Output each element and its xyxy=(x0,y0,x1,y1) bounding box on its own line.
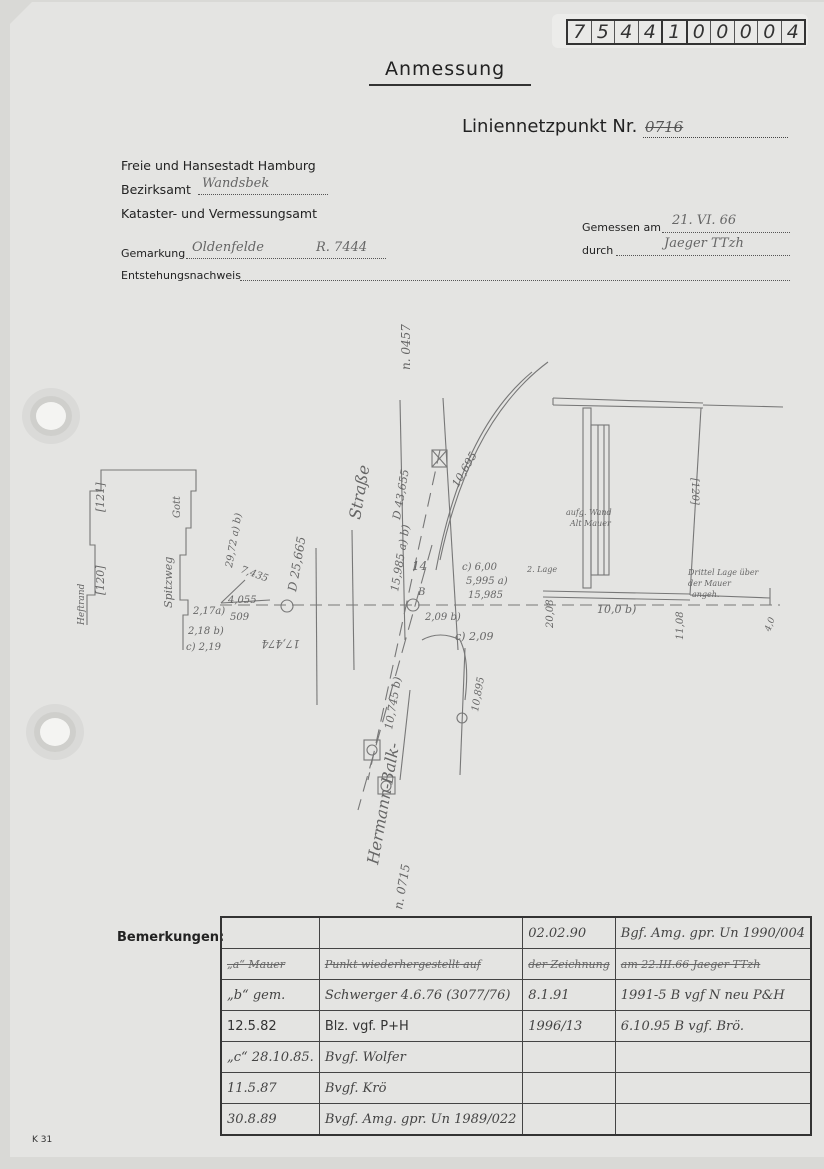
remarks-table: 02.02.90 Bgf. Amg. gpr. Un 1990/004 „a“ … xyxy=(220,916,812,1136)
remarks-cell xyxy=(615,1073,811,1104)
remarks-cell xyxy=(615,1104,811,1136)
remarks-row: 02.02.90 Bgf. Amg. gpr. Un 1990/004 xyxy=(221,917,811,949)
bezirksamt-label: Bezirksamt xyxy=(121,182,191,197)
code-digit: 5 xyxy=(592,21,616,43)
folded-corner xyxy=(10,2,32,24)
remarks-cell: 02.02.90 xyxy=(523,917,616,949)
code-digit: 4 xyxy=(639,21,664,43)
liniennetzpunkt-value: 0716 xyxy=(645,118,683,136)
remarks-cell xyxy=(615,1042,811,1073)
remarks-cell: Bvgf. Krö xyxy=(319,1073,522,1104)
authority-name: Freie und Hansestadt Hamburg xyxy=(121,158,316,173)
amt-name: Kataster- und Vermessungsamt xyxy=(121,206,317,221)
remarks-cell xyxy=(319,917,522,949)
remarks-cell: „c“ 28.10.85. xyxy=(221,1042,319,1073)
remarks-cell: Punkt wiederhergestellt auf xyxy=(319,949,522,980)
gemarkung-value: Oldenfelde xyxy=(192,240,264,255)
remarks-row: „c“ 28.10.85. Bvgf. Wolfer xyxy=(221,1042,811,1073)
remarks-cell: 1991-5 B vgf N neu P&H xyxy=(615,980,811,1011)
code-digit: 4 xyxy=(615,21,639,43)
code-digit: 0 xyxy=(735,21,759,43)
remarks-cell: 8.1.91 xyxy=(523,980,616,1011)
remarks-cell: Bvgf. Amg. gpr. Un 1989/022 xyxy=(319,1104,522,1136)
durch-label: durch xyxy=(582,244,613,257)
remarks-cell: 11.5.87 xyxy=(221,1073,319,1104)
remarks-cell: 12.5.82 xyxy=(221,1011,319,1042)
document-code-box: 7 5 4 4 1 0 0 0 0 4 xyxy=(552,14,808,48)
remarks-cell: 6.10.95 B vgf. Brö. xyxy=(615,1011,811,1042)
remarks-cell: Bvgf. Wolfer xyxy=(319,1042,522,1073)
document-title: Anmessung xyxy=(385,58,505,80)
gemessen-label: Gemessen am xyxy=(582,221,661,234)
code-digit: 7 xyxy=(568,21,592,43)
remarks-row: „b“ gem. Schwerger 4.6.76 (3077/76) 8.1.… xyxy=(221,980,811,1011)
durch-value: Jaeger TTzh xyxy=(664,236,744,251)
entstehungsnachweis-label: Entstehungsnachweis xyxy=(121,269,241,282)
remarks-cell: „b“ gem. xyxy=(221,980,319,1011)
code-digit: 0 xyxy=(688,21,712,43)
punch-hole-bottom xyxy=(40,718,70,746)
code-digit: 4 xyxy=(782,21,805,43)
remarks-cell: „a“ Mauer xyxy=(221,949,319,980)
remarks-cell xyxy=(523,1042,616,1073)
entstehungsnachweis-line xyxy=(240,266,790,281)
remarks-cell xyxy=(523,1104,616,1136)
remarks-cell xyxy=(221,917,319,949)
bezirksamt-value: Wandsbek xyxy=(202,176,269,191)
remarks-cell: der Zeichnung xyxy=(523,949,616,980)
punch-hole-top xyxy=(36,402,66,430)
remarks-cell: Blz. vgf. P+H xyxy=(319,1011,522,1042)
remarks-row: 30.8.89 Bvgf. Amg. gpr. Un 1989/022 xyxy=(221,1104,811,1136)
gemarkung-ref: R. 7444 xyxy=(316,240,367,255)
remarks-cell: 30.8.89 xyxy=(221,1104,319,1136)
code-digit: 0 xyxy=(711,21,735,43)
title-underline xyxy=(369,84,531,86)
remarks-row: 12.5.82 Blz. vgf. P+H 1996/13 6.10.95 B … xyxy=(221,1011,811,1042)
gemessen-value: 21. VI. 66 xyxy=(672,213,736,228)
form-id: K 31 xyxy=(32,1135,52,1145)
remarks-label: Bemerkungen: xyxy=(117,930,224,945)
code-digit: 0 xyxy=(758,21,782,43)
document-code-grid: 7 5 4 4 1 0 0 0 0 4 xyxy=(566,19,806,45)
code-digit: 1 xyxy=(663,21,688,43)
remarks-cell: 1996/13 xyxy=(523,1011,616,1042)
remarks-cell: am 22.III.66 Jaeger TTzh xyxy=(615,949,811,980)
gemarkung-label: Gemarkung xyxy=(121,247,185,260)
remarks-row: 11.5.87 Bvgf. Krö xyxy=(221,1073,811,1104)
remarks-cell: Bgf. Amg. gpr. Un 1990/004 xyxy=(615,917,811,949)
remarks-cell: Schwerger 4.6.76 (3077/76) xyxy=(319,980,522,1011)
liniennetzpunkt-label: Liniennetzpunkt Nr. xyxy=(462,116,637,137)
liniennetzpunkt-field: Liniennetzpunkt Nr. 0716 xyxy=(462,116,788,138)
remarks-cell xyxy=(523,1073,616,1104)
liniennetzpunkt-line: 0716 xyxy=(643,116,788,138)
remarks-row: „a“ Mauer Punkt wiederhergestellt auf de… xyxy=(221,949,811,980)
